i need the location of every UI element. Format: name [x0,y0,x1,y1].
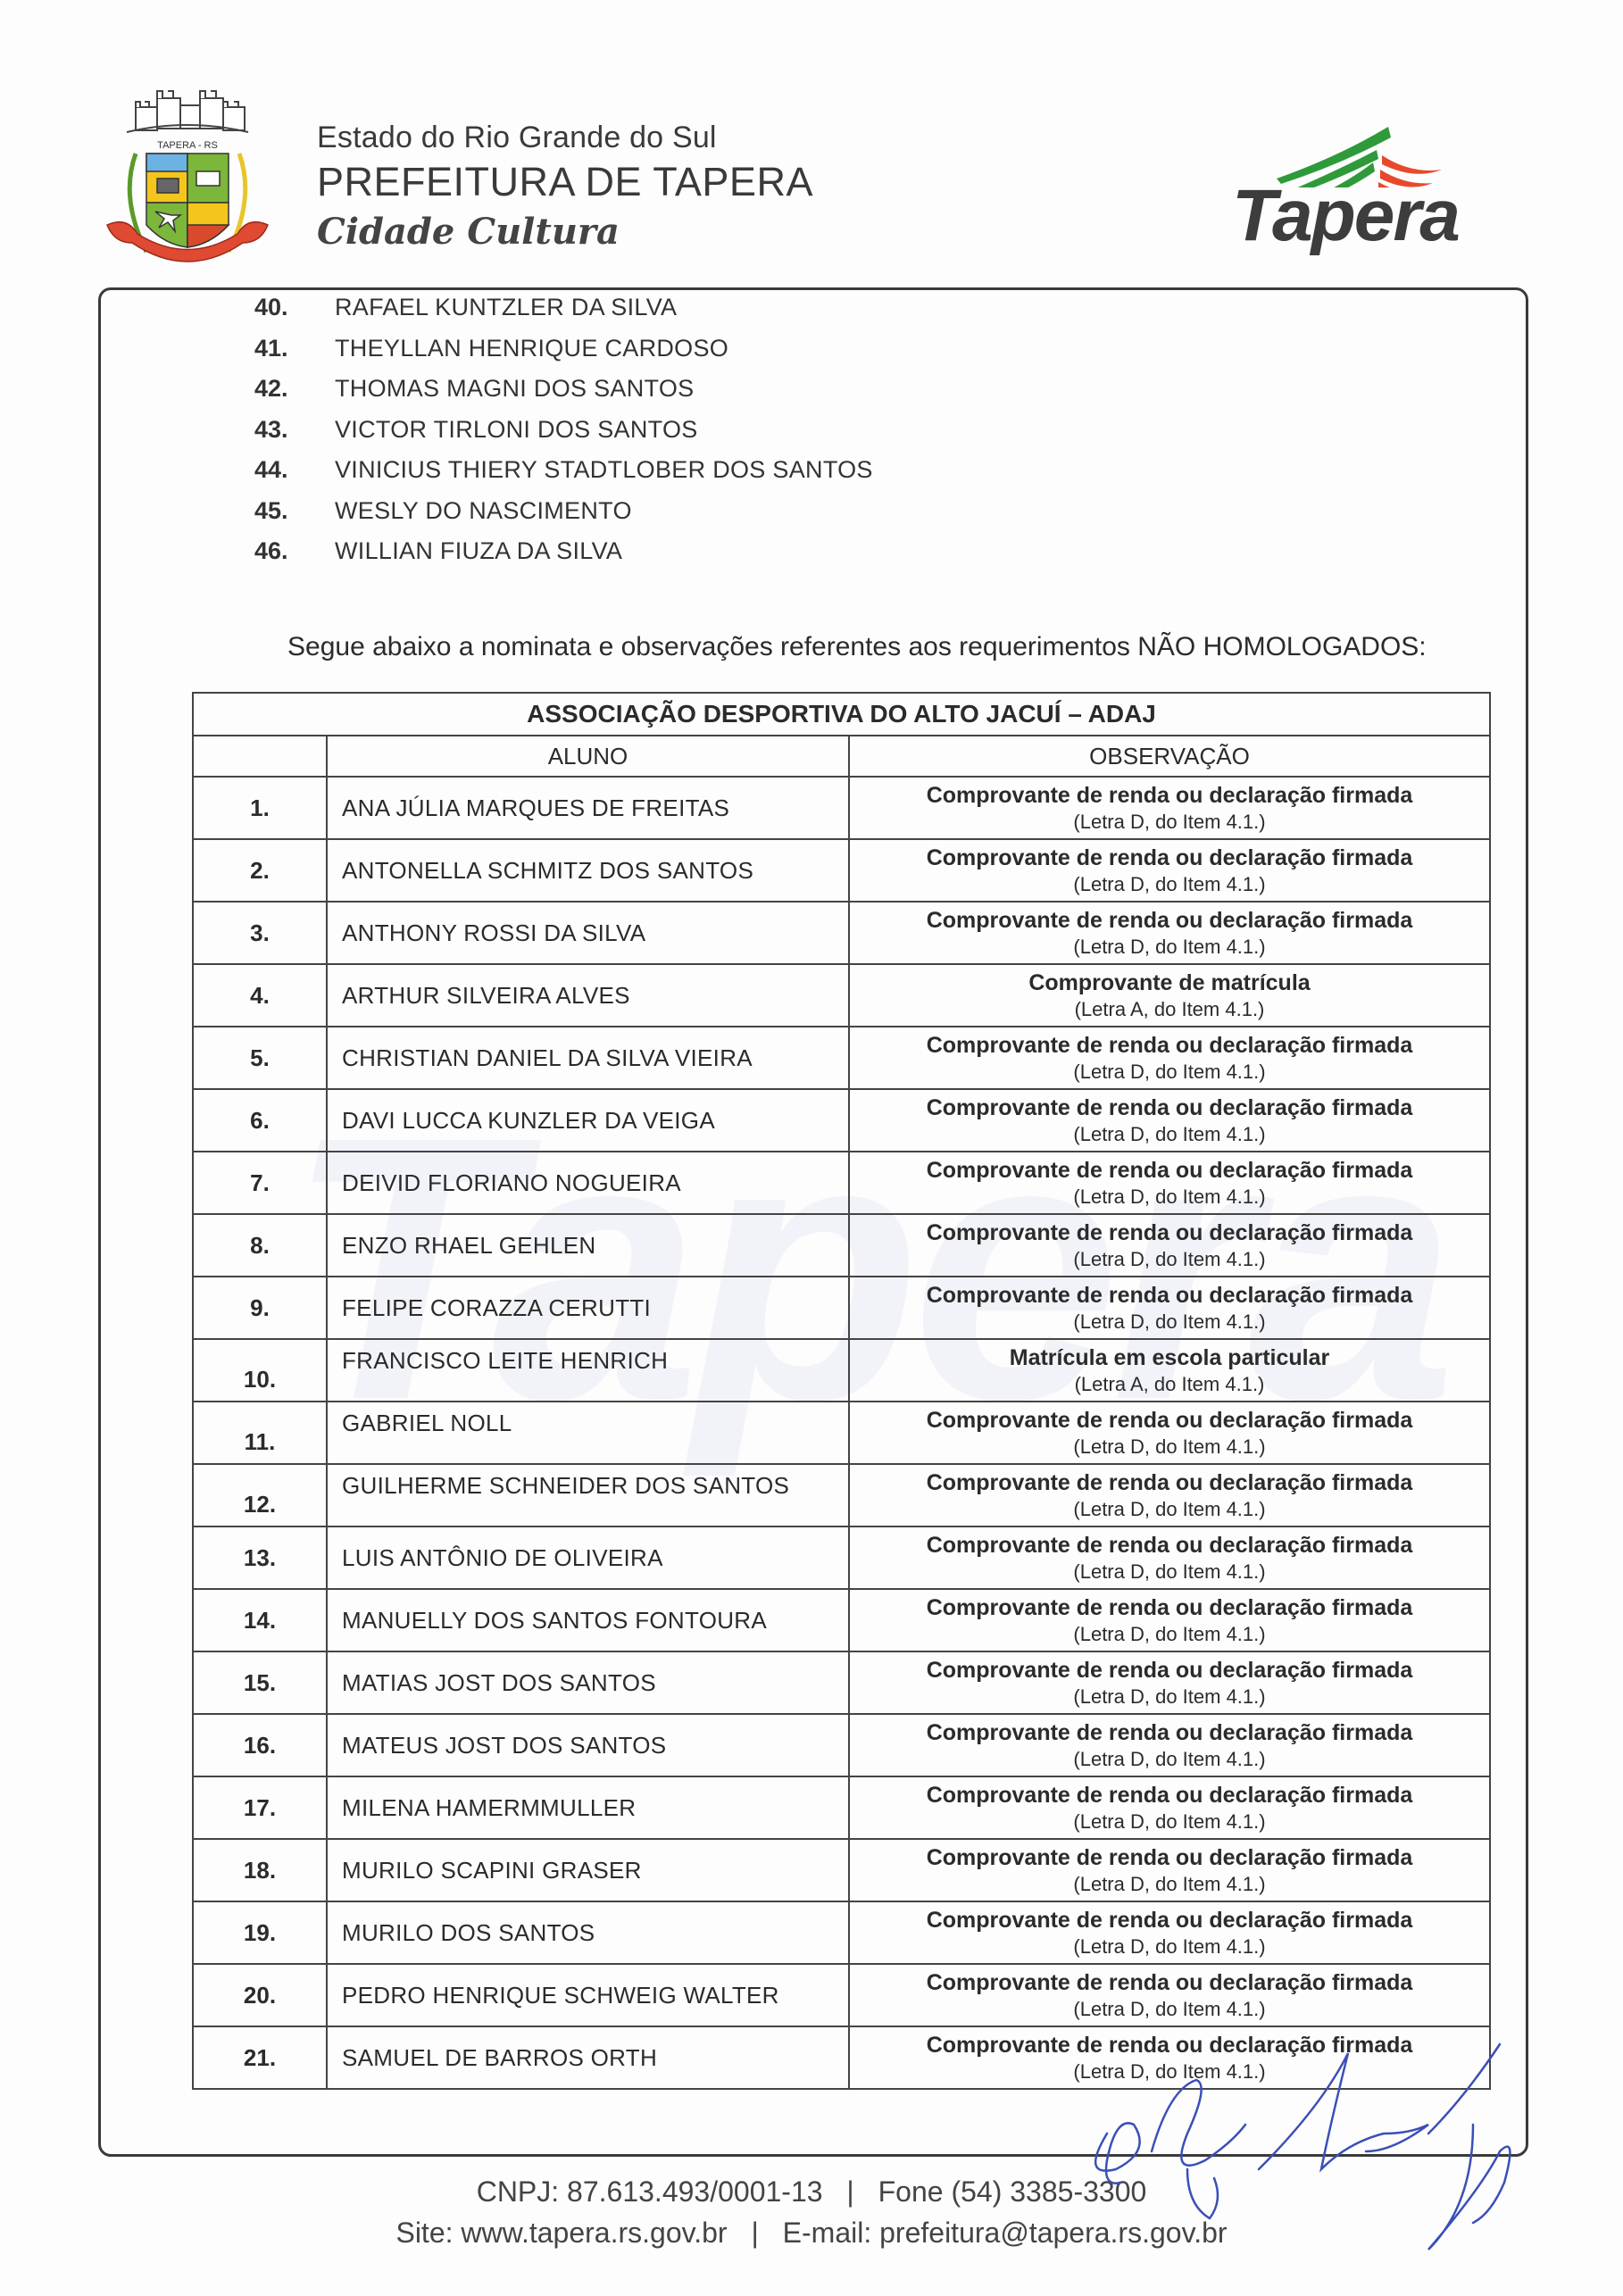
observation-reference: (Letra D, do Item 4.1.) [850,1497,1489,1522]
student-name: DEIVID FLORIANO NOGUEIRA [327,1152,849,1214]
observation-text: Comprovante de renda ou declaração firma… [850,1094,1489,1122]
student-name: SAMUEL DE BARROS ORTH [327,2026,849,2089]
row-number: 16. [193,1714,327,1776]
observation-text: Comprovante de renda ou declaração firma… [850,1594,1489,1622]
municipal-coat-of-arms-icon: TAPERA - RS [100,82,275,274]
column-header-observacao: OBSERVAÇÃO [849,736,1490,777]
table-row: 14.MANUELLY DOS SANTOS FONTOURAComprovan… [193,1589,1490,1651]
observation-cell: Comprovante de renda ou declaração firma… [849,902,1490,964]
row-number: 19. [193,1901,327,1964]
table-row: 5.CHRISTIAN DANIEL DA SILVA VIEIRACompro… [193,1027,1490,1089]
row-number: 10. [193,1339,327,1402]
row-number: 20. [193,1964,327,2026]
table-row: 13.LUIS ANTÔNIO DE OLIVEIRAComprovante d… [193,1527,1490,1589]
student-name: ARTHUR SILVEIRA ALVES [327,964,849,1027]
table-row: 2.ANTONELLA SCHMITZ DOS SANTOSComprovant… [193,839,1490,902]
observation-text: Comprovante de renda ou declaração firma… [850,1157,1489,1185]
row-number: 15. [193,1651,327,1714]
observation-text: Comprovante de renda ou declaração firma… [850,1469,1489,1497]
student-name: MATEUS JOST DOS SANTOS [327,1714,849,1776]
observation-cell: Comprovante de renda ou declaração firma… [849,1464,1490,1527]
row-number: 13. [193,1527,327,1589]
table-row: 7.DEIVID FLORIANO NOGUEIRAComprovante de… [193,1152,1490,1214]
table-row: 15.MATIAS JOST DOS SANTOSComprovante de … [193,1651,1490,1714]
row-number: 12. [193,1464,327,1527]
observation-cell: Comprovante de renda ou declaração firma… [849,1527,1490,1589]
row-number: 1. [193,777,327,839]
footer-separator: | [751,2217,758,2249]
observation-reference: (Letra D, do Item 4.1.) [850,1310,1489,1335]
footer-site-link[interactable]: Site: www.tapera.rs.gov.br [395,2217,727,2249]
list-item-name: THOMAS MAGNI DOS SANTOS [335,375,694,403]
observation-text: Comprovante de renda ou declaração firma… [850,1907,1489,1934]
table-row: 20.PEDRO HENRIQUE SCHWEIG WALTERComprova… [193,1964,1490,2026]
observation-reference: (Letra D, do Item 4.1.) [850,810,1489,835]
header-titles: Estado do Rio Grande do Sul PREFEITURA D… [317,121,813,253]
handwritten-signature-icon [1053,2026,1589,2276]
homologated-list-continuation: 40.RAFAEL KUNTZLER DA SILVA41.THEYLLAN H… [254,287,1058,572]
observation-reference: (Letra D, do Item 4.1.) [850,1247,1489,1272]
prefeitura-title: PREFEITURA DE TAPERA [317,159,813,205]
observation-reference: (Letra D, do Item 4.1.) [850,1560,1489,1585]
observation-cell: Comprovante de renda ou declaração firma… [849,1214,1490,1277]
state-name: Estado do Rio Grande do Sul [317,121,813,155]
row-number: 9. [193,1277,327,1339]
table-row: 18.MURILO SCAPINI GRASERComprovante de r… [193,1839,1490,1901]
observation-cell: Comprovante de renda ou declaração firma… [849,1152,1490,1214]
student-name: MURILO SCAPINI GRASER [327,1839,849,1901]
observation-cell: Comprovante de renda ou declaração firma… [849,1901,1490,1964]
student-name: DAVI LUCCA KUNZLER DA VEIGA [327,1089,849,1152]
student-name: MURILO DOS SANTOS [327,1901,849,1964]
observation-reference: (Letra D, do Item 4.1.) [850,1622,1489,1647]
observation-text: Comprovante de renda ou declaração firma… [850,1532,1489,1560]
list-item-number: 42. [254,375,335,403]
list-item: 46.WILLIAN FIUZA DA SILVA [254,531,1058,572]
observation-cell: Comprovante de renda ou declaração firma… [849,1277,1490,1339]
observation-text: Comprovante de renda ou declaração firma… [850,1844,1489,1872]
table-row: 9.FELIPE CORAZZA CERUTTIComprovante de r… [193,1277,1490,1339]
table-row: 12.GUILHERME SCHNEIDER DOS SANTOSComprov… [193,1464,1490,1527]
list-item-number: 46. [254,537,335,565]
list-item: 42.THOMAS MAGNI DOS SANTOS [254,369,1058,410]
observation-reference: (Letra D, do Item 4.1.) [850,1747,1489,1772]
association-title: ASSOCIAÇÃO DESPORTIVA DO ALTO JACUÍ – AD… [193,693,1490,736]
observation-text: Comprovante de matrícula [850,969,1489,997]
brand-wordmark: Tapera [1232,174,1459,258]
non-homologated-table: ASSOCIAÇÃO DESPORTIVA DO ALTO JACUÍ – AD… [192,692,1491,2090]
table-row: 17.MILENA HAMERMMULLERComprovante de ren… [193,1776,1490,1839]
row-number: 7. [193,1152,327,1214]
student-name: FRANCISCO LEITE HENRICH [327,1339,849,1402]
row-number: 5. [193,1027,327,1089]
table-row: 1.ANA JÚLIA MARQUES DE FREITASComprovant… [193,777,1490,839]
intro-paragraph: Segue abaixo a nominata e observações re… [287,632,1427,662]
observation-text: Comprovante de renda ou declaração firma… [850,1407,1489,1435]
observation-reference: (Letra D, do Item 4.1.) [850,1185,1489,1210]
observation-text: Comprovante de renda ou declaração firma… [850,1657,1489,1685]
list-item-name: VINICIUS THIERY STADTLOBER DOS SANTOS [335,456,873,484]
list-item-number: 41. [254,335,335,362]
row-number: 8. [193,1214,327,1277]
observation-reference: (Letra D, do Item 4.1.) [850,1685,1489,1710]
student-name: MILENA HAMERMMULLER [327,1776,849,1839]
list-item: 40.RAFAEL KUNTZLER DA SILVA [254,287,1058,329]
observation-text: Comprovante de renda ou declaração firma… [850,1219,1489,1247]
student-name: LUIS ANTÔNIO DE OLIVEIRA [327,1527,849,1589]
observation-text: Comprovante de renda ou declaração firma… [850,1969,1489,1997]
list-item-name: WESLY DO NASCIMENTO [335,497,632,525]
student-name: ANTHONY ROSSI DA SILVA [327,902,849,964]
observation-reference: (Letra D, do Item 4.1.) [850,1934,1489,1959]
student-name: CHRISTIAN DANIEL DA SILVA VIEIRA [327,1027,849,1089]
student-name: ANTONELLA SCHMITZ DOS SANTOS [327,839,849,902]
observation-reference: (Letra D, do Item 4.1.) [850,1122,1489,1147]
observation-cell: Matrícula em escola particular(Letra A, … [849,1339,1490,1402]
row-number: 3. [193,902,327,964]
observation-text: Comprovante de renda ou declaração firma… [850,907,1489,935]
observation-reference: (Letra A, do Item 4.1.) [850,997,1489,1022]
table-row: 4.ARTHUR SILVEIRA ALVESComprovante de ma… [193,964,1490,1027]
row-number: 17. [193,1776,327,1839]
table-row: 10.FRANCISCO LEITE HENRICHMatrícula em e… [193,1339,1490,1402]
column-header-number [193,736,327,777]
observation-text: Comprovante de renda ou declaração firma… [850,782,1489,810]
list-item-name: WILLIAN FIUZA DA SILVA [335,537,622,565]
footer-cnpj: CNPJ: 87.613.493/0001-13 [477,2175,823,2208]
observation-reference: (Letra D, do Item 4.1.) [850,935,1489,960]
list-item: 43.VICTOR TIRLONI DOS SANTOS [254,410,1058,451]
student-name: GABRIEL NOLL [327,1402,849,1464]
row-number: 4. [193,964,327,1027]
observation-reference: (Letra D, do Item 4.1.) [850,1997,1489,2022]
observation-text: Matrícula em escola particular [850,1344,1489,1372]
observation-cell: Comprovante de renda ou declaração firma… [849,1776,1490,1839]
student-name: ANA JÚLIA MARQUES DE FREITAS [327,777,849,839]
table-row: 8.ENZO RHAEL GEHLENComprovante de renda … [193,1214,1490,1277]
list-item: 41.THEYLLAN HENRIQUE CARDOSO [254,329,1058,370]
observation-cell: Comprovante de renda ou declaração firma… [849,1839,1490,1901]
list-item-name: VICTOR TIRLONI DOS SANTOS [335,416,698,444]
observation-cell: Comprovante de renda ou declaração firma… [849,777,1490,839]
observation-cell: Comprovante de renda ou declaração firma… [849,1651,1490,1714]
observation-text: Comprovante de renda ou declaração firma… [850,1782,1489,1809]
observation-text: Comprovante de renda ou declaração firma… [850,1282,1489,1310]
column-header-aluno: ALUNO [327,736,849,777]
table-row: 6.DAVI LUCCA KUNZLER DA VEIGAComprovante… [193,1089,1490,1152]
student-name: MATIAS JOST DOS SANTOS [327,1651,849,1714]
list-item: 45.WESLY DO NASCIMENTO [254,491,1058,532]
observation-reference: (Letra D, do Item 4.1.) [850,872,1489,897]
svg-text:TAPERA - RS: TAPERA - RS [157,140,218,151]
observation-cell: Comprovante de renda ou declaração firma… [849,839,1490,902]
observation-cell: Comprovante de renda ou declaração firma… [849,1714,1490,1776]
observation-cell: Comprovante de renda ou declaração firma… [849,1589,1490,1651]
row-number: 21. [193,2026,327,2089]
observation-reference: (Letra D, do Item 4.1.) [850,1060,1489,1085]
table-row: 16.MATEUS JOST DOS SANTOSComprovante de … [193,1714,1490,1776]
observation-text: Comprovante de renda ou declaração firma… [850,844,1489,872]
observation-reference: (Letra D, do Item 4.1.) [850,1809,1489,1834]
row-number: 11. [193,1402,327,1464]
observation-cell: Comprovante de renda ou declaração firma… [849,1964,1490,2026]
observation-text: Comprovante de renda ou declaração firma… [850,1719,1489,1747]
tapera-brand-logo: Tapera [1232,107,1491,250]
list-item-name: THEYLLAN HENRIQUE CARDOSO [335,335,728,362]
observation-cell: Comprovante de renda ou declaração firma… [849,1402,1490,1464]
list-item-number: 44. [254,456,335,484]
table-row: 3.ANTHONY ROSSI DA SILVAComprovante de r… [193,902,1490,964]
student-name: GUILHERME SCHNEIDER DOS SANTOS [327,1464,849,1527]
student-name: ENZO RHAEL GEHLEN [327,1214,849,1277]
list-item-number: 43. [254,416,335,444]
row-number: 6. [193,1089,327,1152]
observation-reference: (Letra D, do Item 4.1.) [850,1872,1489,1897]
observation-cell: Comprovante de renda ou declaração firma… [849,1089,1490,1152]
observation-reference: (Letra A, do Item 4.1.) [850,1372,1489,1397]
row-number: 18. [193,1839,327,1901]
observation-reference: (Letra D, do Item 4.1.) [850,1435,1489,1460]
observation-cell: Comprovante de renda ou declaração firma… [849,1027,1490,1089]
footer-separator: | [846,2175,853,2208]
row-number: 14. [193,1589,327,1651]
list-item: 44.VINICIUS THIERY STADTLOBER DOS SANTOS [254,450,1058,491]
observation-text: Comprovante de renda ou declaração firma… [850,1032,1489,1060]
list-item-number: 45. [254,497,335,525]
student-name: PEDRO HENRIQUE SCHWEIG WALTER [327,1964,849,2026]
row-number: 2. [193,839,327,902]
city-motto: Cidade Cultura [317,211,813,253]
student-name: MANUELLY DOS SANTOS FONTOURA [327,1589,849,1651]
list-item-name: RAFAEL KUNTZLER DA SILVA [335,294,677,321]
list-item-number: 40. [254,294,335,321]
table-row: 11.GABRIEL NOLLComprovante de renda ou d… [193,1402,1490,1464]
student-name: FELIPE CORAZZA CERUTTI [327,1277,849,1339]
observation-cell: Comprovante de matrícula(Letra A, do Ite… [849,964,1490,1027]
table-row: 19.MURILO DOS SANTOSComprovante de renda… [193,1901,1490,1964]
